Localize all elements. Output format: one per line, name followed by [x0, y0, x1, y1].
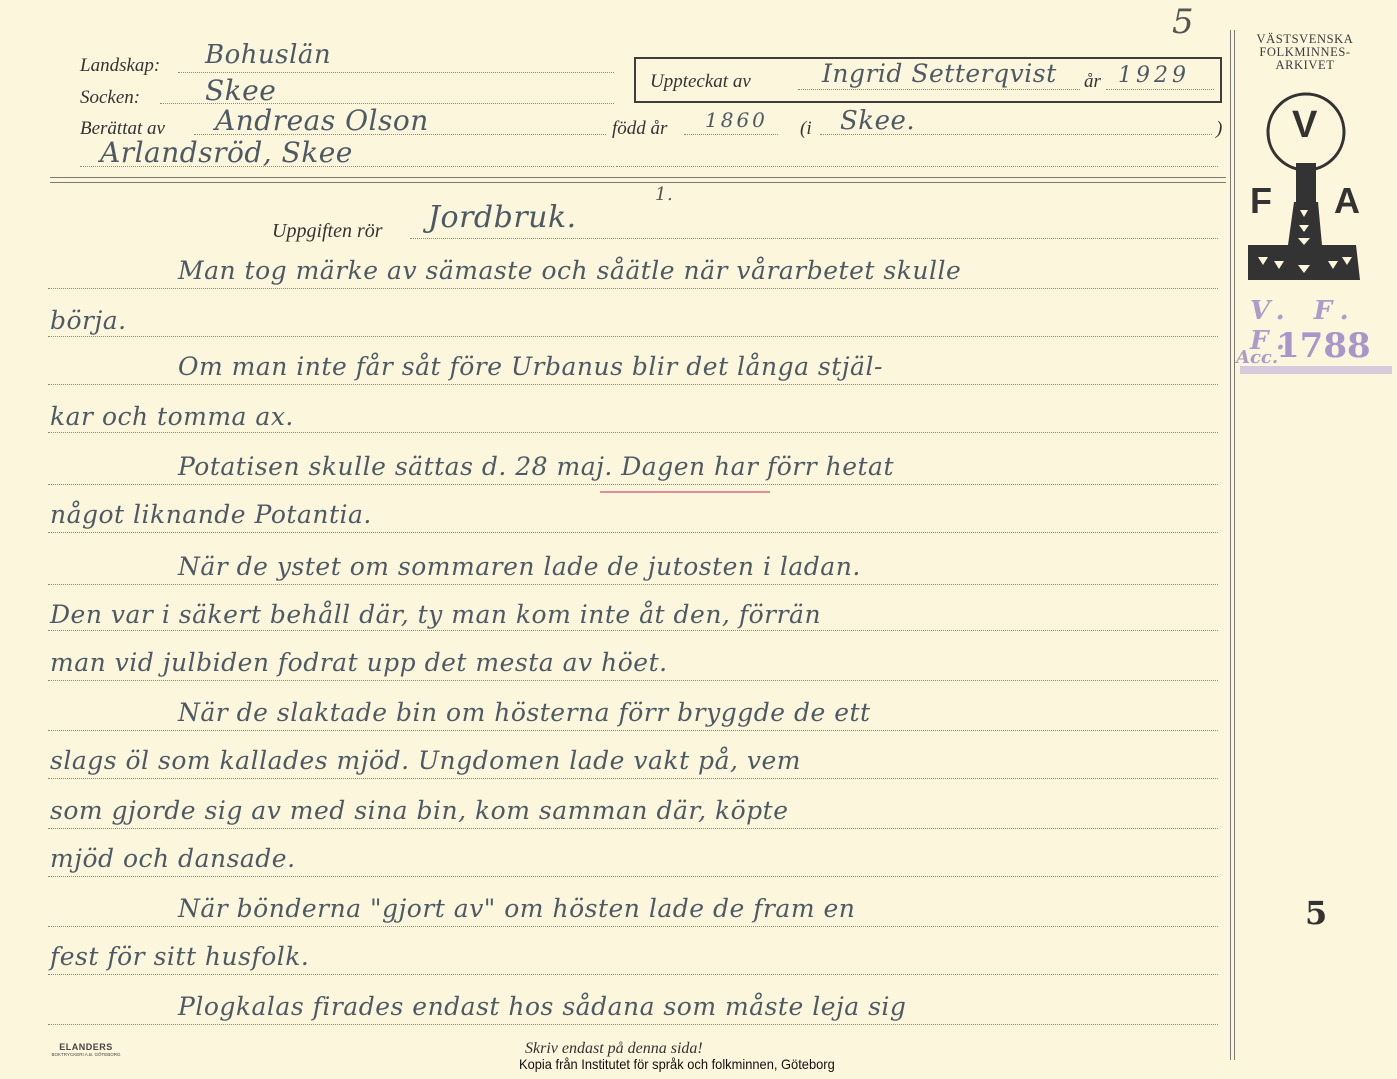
body-line-1: Man tog märke av sämaste och såätle när … [178, 256, 1217, 285]
ruled-line [48, 432, 1218, 433]
socken-value: Skee [205, 74, 276, 107]
ruled-line [48, 926, 1218, 927]
fodd-label: född år [612, 118, 667, 140]
body-line-12: som gjorde sig av med sina bin, kom samm… [50, 796, 1217, 825]
margin-rule-right [1234, 30, 1235, 1060]
ruled-line [48, 484, 1218, 485]
ruled-line [48, 532, 1218, 533]
subject-value: Jordbruk. [428, 200, 577, 235]
berattat-address: Arlandsröd, Skee [100, 136, 353, 169]
fodd-line [684, 134, 778, 135]
logo-letter-f: F [1250, 180, 1272, 222]
body-line-9: man vid julbiden fodrat upp det mesta av… [50, 648, 1217, 677]
fodd-value: 1860 [705, 108, 768, 132]
body-line-4: kar och tomma ax. [50, 402, 1217, 431]
upptecknat-value: Ingrid Setterqvist [822, 59, 1057, 88]
subject-label: Uppgiften rör [272, 220, 383, 243]
printer-name: ELANDERS [44, 1042, 128, 1052]
upptecknat-line [798, 89, 1080, 90]
body-line-10: När de slaktade bin om hösterna förr bry… [178, 698, 1217, 727]
place-value: Skee. [840, 106, 915, 136]
ruled-line [48, 828, 1218, 829]
place-prefix: (i [800, 118, 812, 140]
corner-page-number: 5 [1172, 2, 1194, 42]
year-label: år [1084, 71, 1101, 93]
separator-rule-top [50, 177, 1226, 178]
printer-sub: BOKTRYCKERI A.B. GÖTEBORG [44, 1052, 128, 1057]
ruled-line [48, 1024, 1218, 1025]
body-line-14: När bönderna "gjort av" om hösten lade d… [178, 894, 1217, 923]
body-line-13: mjöd och dansade. [50, 844, 1217, 873]
year-line [1106, 89, 1214, 90]
body-line-15: fest för sitt husfolk. [50, 942, 1217, 971]
landskap-label: Landskap: [80, 55, 160, 77]
body-line-7: När de ystet om sommaren lade de jutoste… [178, 552, 1217, 581]
margin-page-number: 5 [1305, 894, 1327, 932]
ruled-line [48, 336, 1218, 337]
body-line-6: något liknande Potantia. [50, 500, 1217, 529]
ruled-line [48, 288, 1218, 289]
body-line-11: slags öl som kallades mjöd. Ungdomen lad… [50, 746, 1217, 775]
ruled-line [48, 680, 1218, 681]
body-line-8: Den var i säkert behåll där, ty man kom … [50, 600, 1217, 629]
upptecknat-label: Uppteckat av [650, 71, 751, 93]
header-end-line [616, 166, 1218, 167]
stamp-prefix: Acc. [1236, 347, 1278, 368]
body-line-3: Om man inte får såt före Urbanus blir de… [178, 352, 1217, 381]
printer-mark: ELANDERS BOKTRYCKERI A.B. GÖTEBORG [44, 1042, 128, 1057]
body-line-16: Plogkalas firades endast hos sådana som … [178, 992, 1217, 1021]
place-suffix: ) [1216, 118, 1222, 140]
landskap-value: Bohuslän [205, 40, 331, 70]
ruled-line [48, 876, 1218, 877]
logo-letter-a: A [1334, 180, 1360, 222]
separator-rule-bottom [50, 182, 1226, 183]
ruled-line [48, 778, 1218, 779]
upptecknat-box: Uppteckat av Ingrid Setterqvist år 1929 [634, 57, 1222, 103]
sheet-number: 1. [655, 184, 673, 205]
archive-name: VÄSTSVENSKA FOLKMINNES- ARKIVET [1240, 33, 1370, 72]
body-line-5: Potatisen skulle sättas d. 28 maj. Dagen… [178, 452, 1217, 481]
archive-name-line-3: ARKIVET [1240, 59, 1370, 72]
subject-line [410, 238, 1218, 239]
socken-label: Socken: [80, 87, 140, 109]
ruled-line [48, 584, 1218, 585]
landskap-line [178, 72, 614, 73]
margin-rule-left [1230, 30, 1231, 1060]
ruled-line [48, 730, 1218, 731]
ruled-line [48, 384, 1218, 385]
date-underline [600, 491, 770, 493]
stamp-number: 1788 [1276, 326, 1371, 366]
berattat-value: Andreas Olson [215, 104, 429, 137]
body-line-2: börja. [50, 306, 1217, 335]
stamp-underline [1240, 366, 1392, 374]
year-value: 1929 [1118, 63, 1190, 88]
copy-notice: Kopia från Institutet för språk och folk… [519, 1056, 835, 1072]
ruled-line [48, 630, 1218, 631]
logo-letter-v: V [1292, 104, 1317, 147]
ruled-line [48, 974, 1218, 975]
